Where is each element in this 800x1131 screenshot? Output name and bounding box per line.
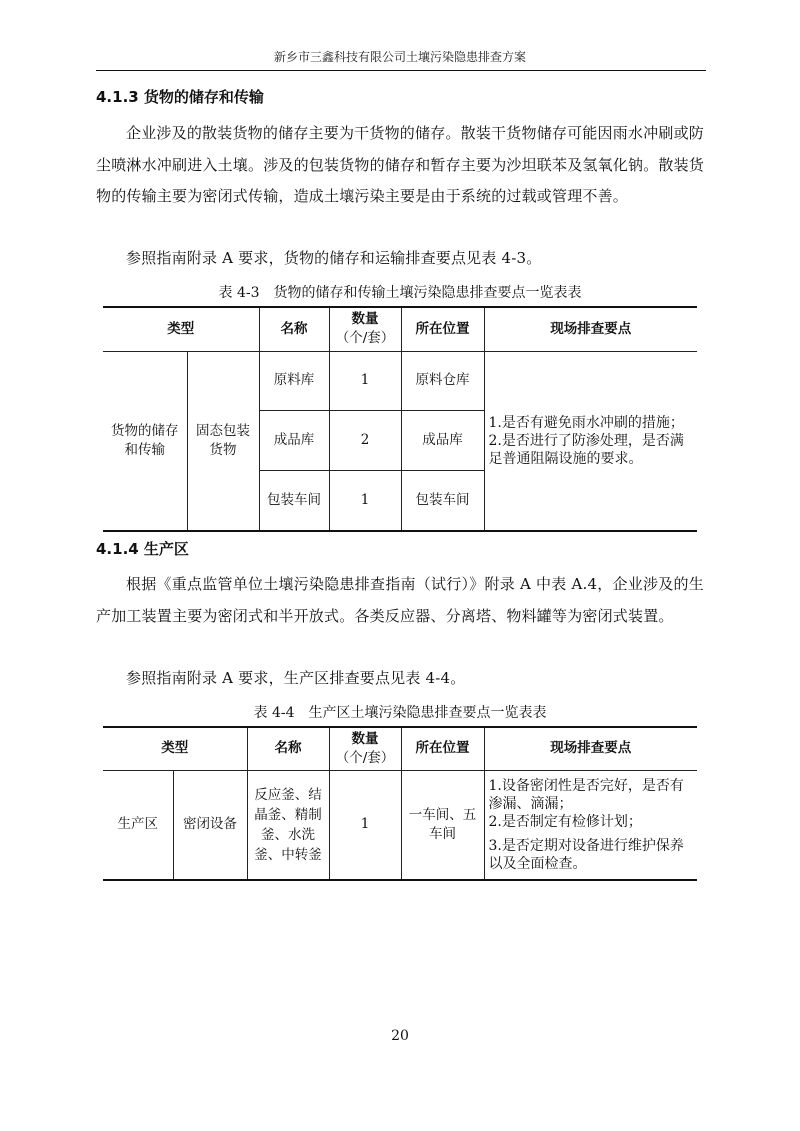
inspection-points-cell: 1.是否有避免雨水冲刷的措施； 2.是否进行了防渗处理，是否满足普通阻隔设施的要… — [484, 351, 697, 531]
running-header: 新乡市三鑫科技有限公司土壤污染隐患排查方案 — [0, 48, 800, 65]
qty-cell: 1 — [329, 351, 401, 410]
location-cell: 原料仓库 — [401, 351, 484, 410]
point-item: 3.是否定期对设备进行维护保养以及全面检查。 — [489, 837, 694, 873]
header-qty-label: 数量 — [352, 731, 379, 747]
header-type: 类型 — [103, 307, 259, 351]
paragraph: 根据《重点监管单位土壤污染隐患排查指南（试行）》附录 A 中表 A.4，企业涉及… — [96, 569, 704, 632]
category-cell: 货物的储存和传输 — [103, 351, 187, 531]
location-cell: 一车间、五车间 — [401, 770, 484, 880]
paragraph: 参照指南附录 A 要求，生产区排查要点见表 4-4。 — [96, 663, 704, 695]
qty-cell: 1 — [329, 770, 401, 880]
table-4-4: 类型 名称 数量 （个/套） 所在位置 现场排查要点 生产区 密闭设备 反应釜、… — [103, 726, 697, 881]
table-row: 货物的储存和传输 固态包装货物 原料库 1 原料仓库 1.是否有避免雨水冲刷的措… — [103, 351, 697, 410]
table-caption-4-4: 表 4-4 生产区土壤污染隐患排查要点一览表表 — [0, 702, 800, 722]
name-cell: 原料库 — [259, 351, 329, 410]
qty-cell: 2 — [329, 410, 401, 470]
header-location: 所在位置 — [401, 727, 484, 770]
table-header-row: 类型 名称 数量 （个/套） 所在位置 现场排查要点 — [103, 307, 697, 351]
category-cell: 生产区 — [103, 770, 173, 880]
subcategory-cell: 密闭设备 — [173, 770, 247, 880]
point-item: 1.是否有避免雨水冲刷的措施； — [489, 414, 694, 432]
header-location: 所在位置 — [401, 307, 484, 351]
header-qty-label: 数量 — [352, 311, 379, 327]
header-points: 现场排查要点 — [484, 727, 697, 770]
header-name: 名称 — [247, 727, 329, 770]
name-cell: 反应釜、结晶釜、精制釜、水洗釜、中转釜 — [247, 770, 329, 880]
header-name: 名称 — [259, 307, 329, 351]
header-qty: 数量 （个/套） — [329, 727, 401, 770]
header-qty-unit: （个/套） — [336, 750, 395, 766]
header-qty: 数量 （个/套） — [329, 307, 401, 351]
header-qty-unit: （个/套） — [336, 330, 395, 346]
qty-cell: 1 — [329, 470, 401, 531]
location-cell: 包装车间 — [401, 470, 484, 531]
header-type: 类型 — [103, 727, 247, 770]
name-cell: 成品库 — [259, 410, 329, 470]
header-rule — [96, 70, 706, 71]
inspection-points-cell: 1.设备密闭性是否完好，是否有渗漏、滴漏； 2.是否制定有检修计划； 3.是否定… — [484, 770, 697, 880]
paragraph: 参照指南附录 A 要求，货物的储存和运输排查要点见表 4-3。 — [96, 243, 704, 275]
point-item: 1.设备密闭性是否完好，是否有渗漏、滴漏； — [489, 777, 694, 813]
location-cell: 成品库 — [401, 410, 484, 470]
subcategory-cell: 固态包装货物 — [187, 351, 259, 531]
table-caption-4-3: 表 4-3 货物的储存和传输土壤污染隐患排查要点一览表表 — [0, 282, 800, 302]
name-cell: 包装车间 — [259, 470, 329, 531]
page-number: 20 — [0, 1028, 800, 1044]
header-points: 现场排查要点 — [484, 307, 697, 351]
point-item: 2.是否进行了防渗处理，是否满足普通阻隔设施的要求。 — [489, 432, 694, 468]
table-header-row: 类型 名称 数量 （个/套） 所在位置 现场排查要点 — [103, 727, 697, 770]
point-item: 2.是否制定有检修计划； — [489, 813, 694, 831]
section-heading-4-1-3: 4.1.3 货物的储存和传输 — [96, 86, 264, 107]
section-heading-4-1-4: 4.1.4 生产区 — [96, 538, 189, 559]
table-4-3: 类型 名称 数量 （个/套） 所在位置 现场排查要点 货物的储存和传输 固态包装… — [103, 306, 697, 532]
table-row: 生产区 密闭设备 反应釜、结晶釜、精制釜、水洗釜、中转釜 1 一车间、五车间 1… — [103, 770, 697, 880]
paragraph: 企业涉及的散装货物的储存主要为干货物的储存。散装干货物储存可能因雨水冲刷或防尘喷… — [96, 118, 704, 213]
